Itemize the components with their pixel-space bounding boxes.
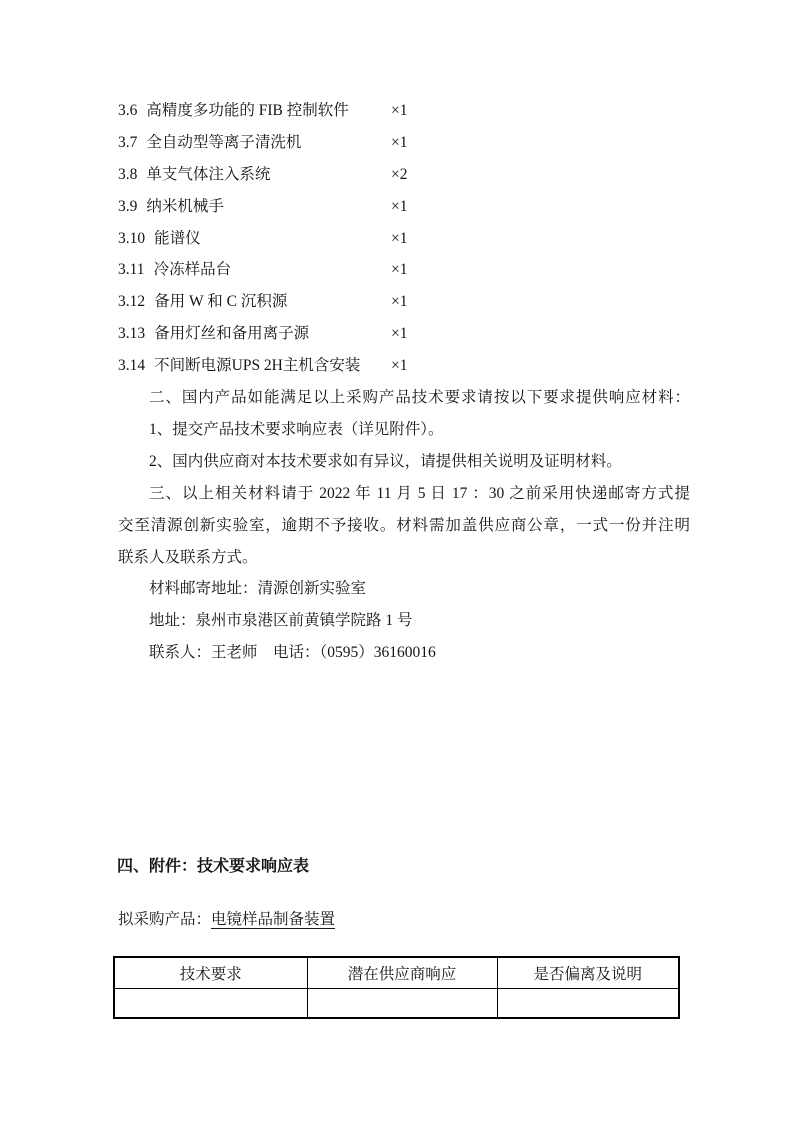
item-quantity: ×1 bbox=[391, 191, 408, 223]
item-quantity: ×1 bbox=[391, 350, 408, 382]
item-quantity: ×1 bbox=[391, 223, 408, 255]
paragraph-section2-point1: 1、提交产品技术要求响应表（详见附件）。 bbox=[118, 414, 690, 446]
table-empty-cell bbox=[497, 989, 679, 1019]
table-empty-row bbox=[114, 989, 679, 1019]
paragraph-section3-line1: 三、以上相关材料请于 2022 年 11 月 5 日 17 ：30 之前采用快递… bbox=[118, 478, 690, 510]
section4-heading: 四、附件：技术要求响应表 bbox=[117, 856, 309, 878]
table-header-cell: 潜在供应商响应 bbox=[307, 957, 497, 989]
item-name: 全自动型等离子清洗机 bbox=[146, 134, 301, 151]
table-header-cell: 技术要求 bbox=[114, 957, 307, 989]
paragraph-section2-intro: 二、国内产品如能满足以上采购产品技术要求请按以下要求提供响应材料： bbox=[118, 382, 690, 414]
list-item: 3.14不间断电源UPS 2H主机含安装 ×1 bbox=[118, 350, 690, 382]
table-empty-cell bbox=[114, 989, 307, 1019]
response-table: 技术要求 潜在供应商响应 是否偏离及说明 bbox=[113, 956, 680, 1019]
item-quantity: ×1 bbox=[391, 286, 408, 318]
item-number: 3.11 bbox=[118, 261, 145, 278]
list-item: 3.12备用 W 和 C 沉积源 ×1 bbox=[118, 286, 690, 318]
document-body: 3.6高精度多功能的 FIB 控制软件 ×1 3.7全自动型等离子清洗机 ×1 … bbox=[118, 95, 690, 669]
product-name: 电镜样品制备装置 bbox=[211, 911, 335, 928]
list-item: 3.8单支气体注入系统 ×2 bbox=[118, 159, 690, 191]
product-label: 拟采购产品： bbox=[118, 911, 211, 928]
item-name: 不间断电源UPS 2H主机含安装 bbox=[154, 357, 360, 374]
item-number: 3.13 bbox=[118, 325, 145, 342]
document-page: 3.6高精度多功能的 FIB 控制软件 ×1 3.7全自动型等离子清洗机 ×1 … bbox=[0, 0, 793, 1122]
paragraph-section3-line2: 交至清源创新实验室，逾期不予接收。材料需加盖供应商公章，一式一份并注明 bbox=[118, 510, 690, 542]
item-number: 3.8 bbox=[118, 166, 137, 183]
item-quantity: ×1 bbox=[391, 127, 408, 159]
item-quantity: ×1 bbox=[391, 254, 408, 286]
item-name: 备用 W 和 C 沉积源 bbox=[154, 293, 287, 310]
item-name: 能谱仪 bbox=[154, 230, 201, 247]
address-line: 地址：泉州市泉港区前黄镇学院路 1 号 bbox=[118, 605, 690, 637]
item-quantity: ×1 bbox=[391, 318, 408, 350]
item-number: 3.14 bbox=[118, 357, 145, 374]
item-name: 冷冻样品台 bbox=[154, 261, 232, 278]
list-item: 3.7全自动型等离子清洗机 ×1 bbox=[118, 127, 690, 159]
table-header-row: 技术要求 潜在供应商响应 是否偏离及说明 bbox=[114, 957, 679, 989]
paragraph-section2-point2: 2、国内供应商对本技术要求如有异议，请提供相关说明及证明材料。 bbox=[118, 446, 690, 478]
item-name: 备用灯丝和备用离子源 bbox=[154, 325, 309, 342]
item-number: 3.10 bbox=[118, 230, 145, 247]
table-empty-cell bbox=[307, 989, 497, 1019]
list-item: 3.9纳米机械手 ×1 bbox=[118, 191, 690, 223]
item-name: 高精度多功能的 FIB 控制软件 bbox=[146, 102, 348, 119]
list-item: 3.11冷冻样品台 ×1 bbox=[118, 254, 690, 286]
item-number: 3.12 bbox=[118, 293, 145, 310]
table-header-cell: 是否偏离及说明 bbox=[497, 957, 679, 989]
contact-line: 联系人：王老师 电话：（0595）36160016 bbox=[118, 637, 690, 669]
list-item: 3.13备用灯丝和备用离子源 ×1 bbox=[118, 318, 690, 350]
list-item: 3.10能谱仪 ×1 bbox=[118, 223, 690, 255]
item-number: 3.7 bbox=[118, 134, 137, 151]
item-name: 单支气体注入系统 bbox=[146, 166, 270, 183]
product-line: 拟采购产品：电镜样品制备装置 bbox=[118, 908, 335, 932]
mail-address-line: 材料邮寄地址：清源创新实验室 bbox=[118, 573, 690, 605]
paragraph-section3-line3: 联系人及联系方式。 bbox=[118, 542, 690, 574]
list-item: 3.6高精度多功能的 FIB 控制软件 ×1 bbox=[118, 95, 690, 127]
item-number: 3.6 bbox=[118, 102, 137, 119]
item-quantity: ×2 bbox=[391, 159, 408, 191]
item-number: 3.9 bbox=[118, 198, 137, 215]
item-quantity: ×1 bbox=[391, 95, 408, 127]
item-name: 纳米机械手 bbox=[146, 198, 224, 215]
